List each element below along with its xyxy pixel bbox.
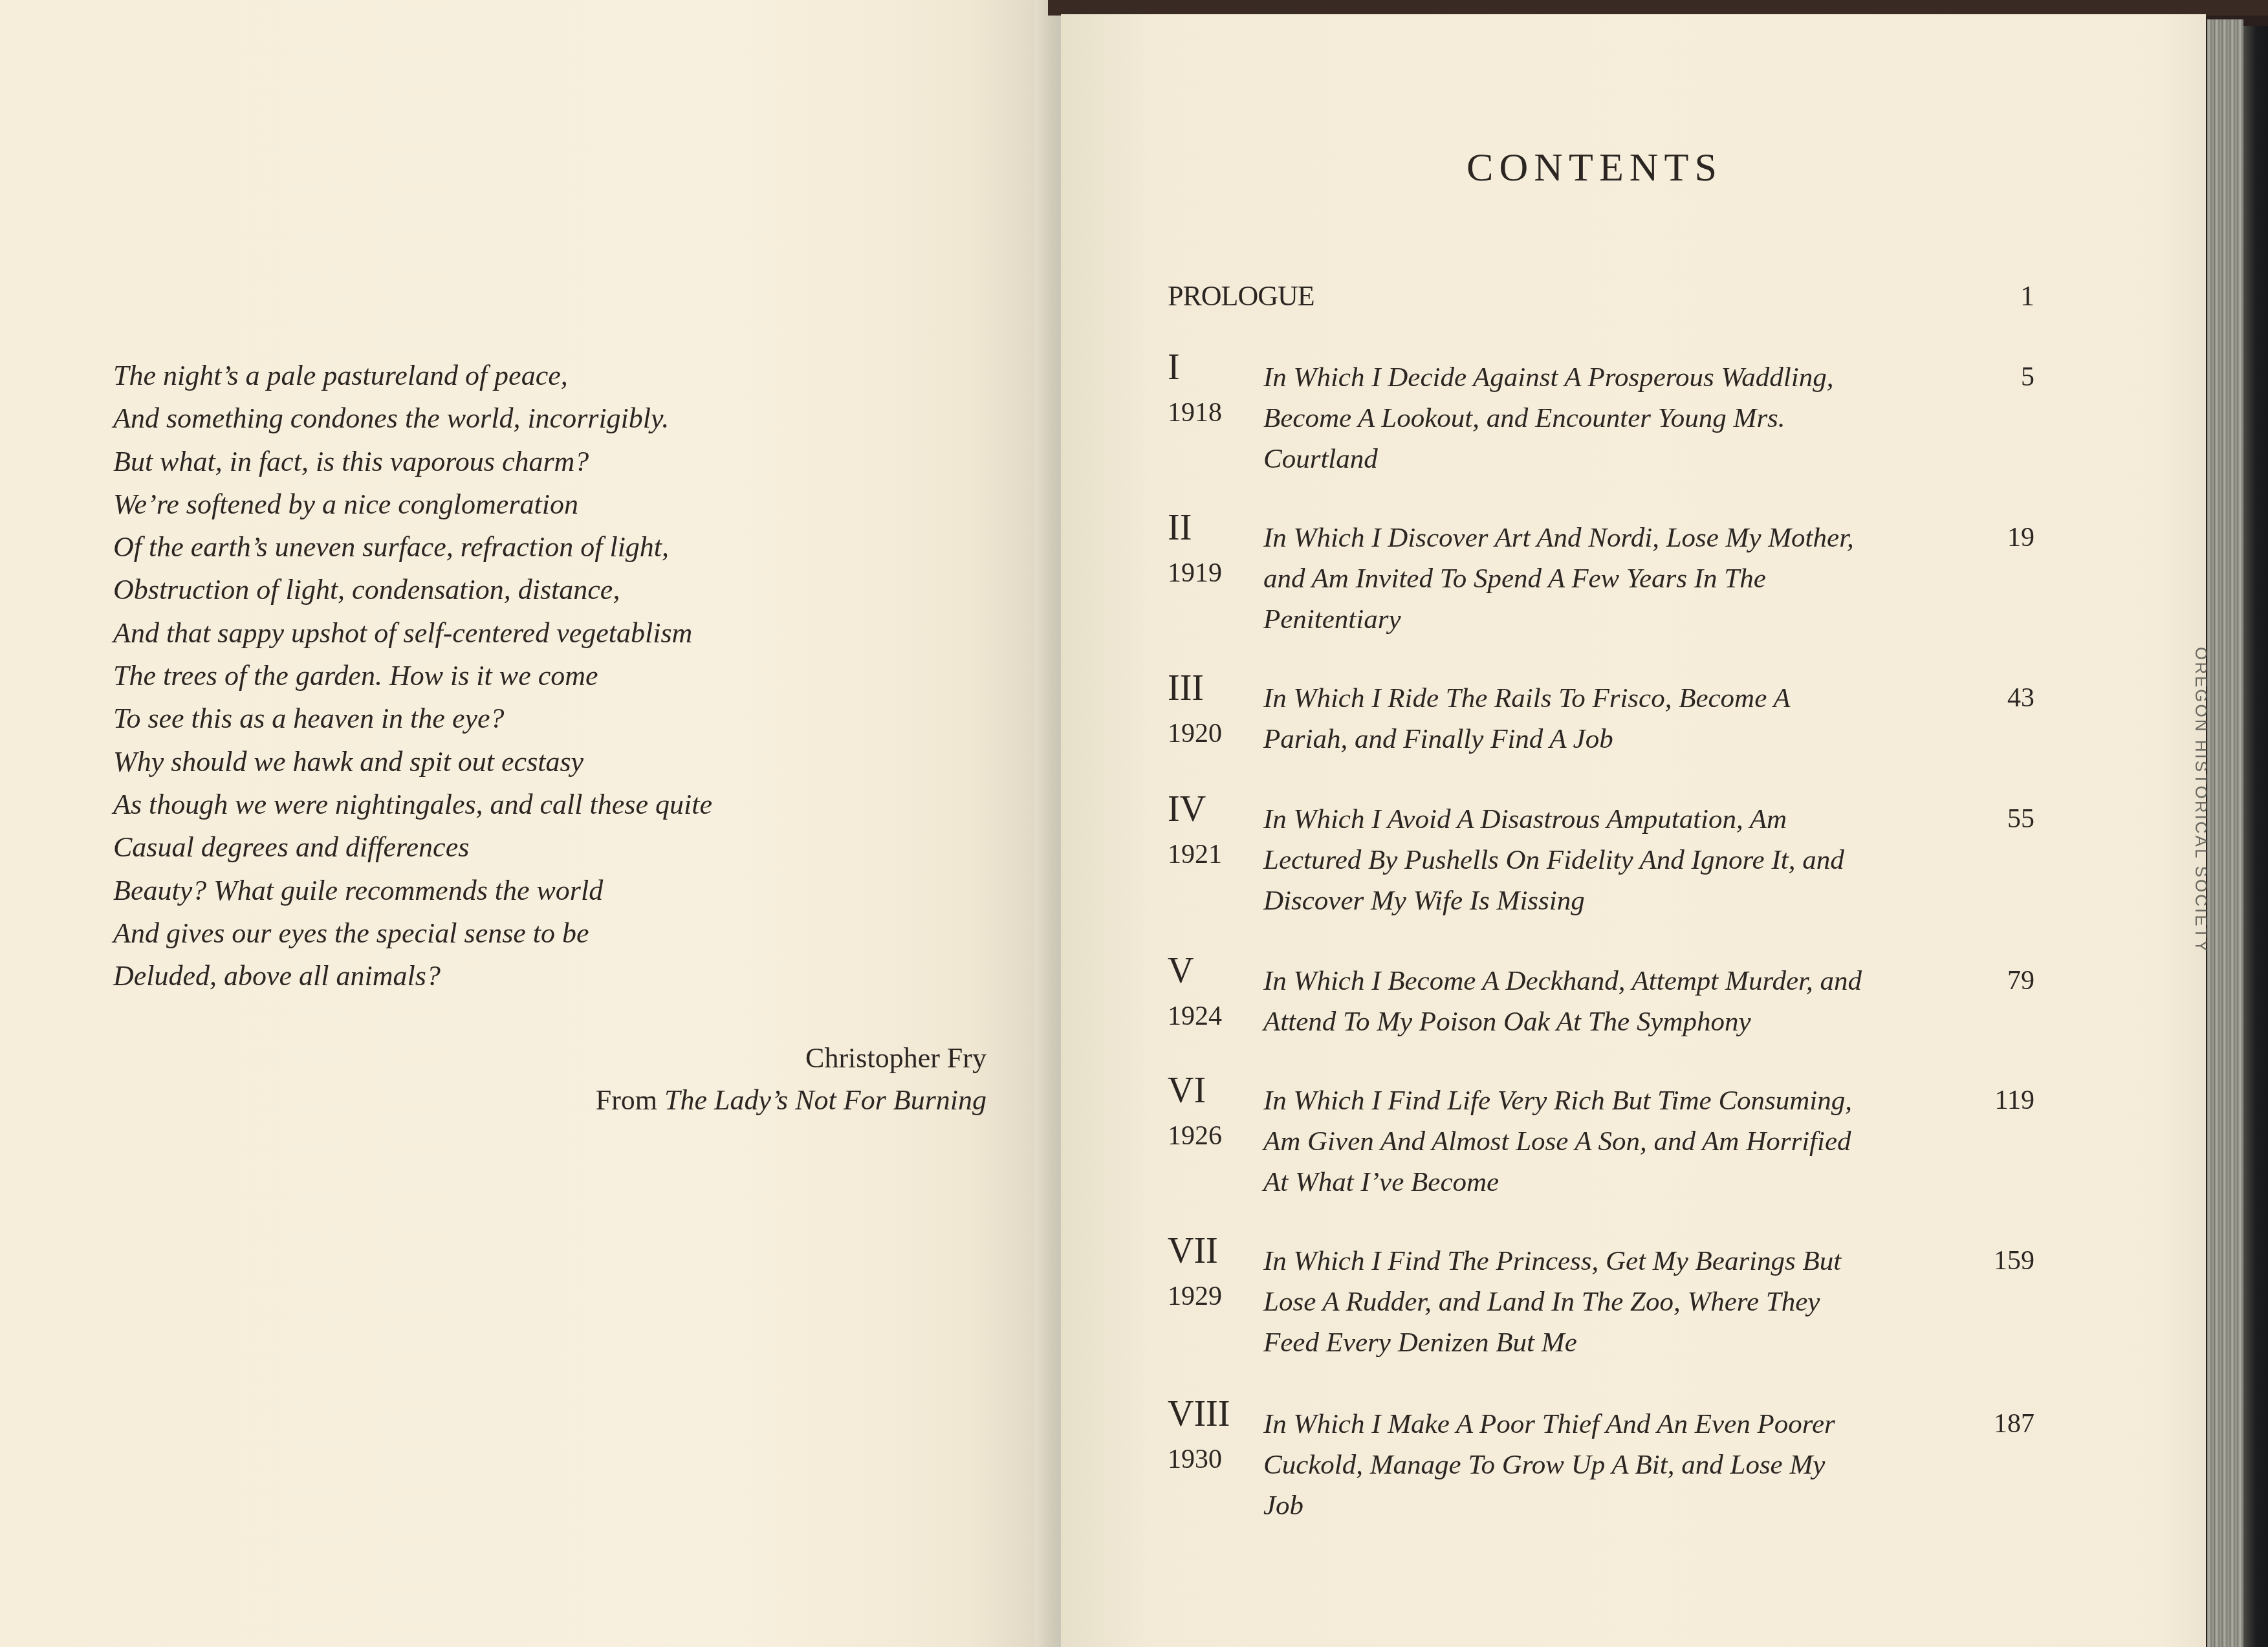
poem-line: To see this as a heaven in the eye? [113,697,922,740]
chapter-year: 1921 [1168,839,1222,870]
chapter-title: In Which I Decide Against A Prosperous W… [1263,357,1962,479]
chapter-year: 1924 [1168,1001,1222,1032]
poem-line: Deluded, above all animals? [113,955,922,998]
chapter-title: In Which I Make A Poor Thief And An Even… [1263,1404,1962,1526]
poem-line: But what, in fact, is this vaporous char… [113,441,922,483]
spine-label: Oregon Historical Society [2185,647,2211,1100]
poem-line: Casual degrees and differences [113,826,922,869]
toc-page-number: 79 [2007,961,2034,1001]
book-spread: Oregon Historical Society The night’s a … [0,0,2268,1647]
epigraph-poem: The night’s a pale pastureland of peace,… [113,354,922,998]
chapter-title: In Which I Discover Art And Nordi, Lose … [1263,518,1962,640]
toc-page-number: 55 [2007,799,2034,840]
poem-line: And that sappy upshot of self-centered v… [113,612,922,655]
chapter-title: In Which I Find The Princess, Get My Bea… [1263,1241,1962,1363]
chapter-numeral: VI [1168,1073,1206,1109]
toc-page-number: 187 [1994,1404,2034,1445]
poem-line: We’re softened by a nice conglomeration [113,483,922,526]
toc-page-number: 1 [2020,279,2034,312]
toc-page-number: 5 [2021,357,2034,398]
toc-page-number: 19 [2007,518,2034,558]
toc-prologue: PROLOGUE 1 [1168,279,2034,312]
book-cover-edge [2243,26,2268,1647]
poem-line: The trees of the garden. How is it we co… [113,655,922,697]
chapter-title: In Which I Ride The Rails To Frisco, Bec… [1263,678,1962,759]
poem-line: Why should we hawk and spit out ecstasy [113,741,922,783]
epigraph-author: Christopher Fry [340,1042,987,1074]
toc-page-number: 43 [2007,678,2034,719]
poem-line: As though we were nightingales, and call… [113,783,922,826]
chapter-year: 1929 [1168,1281,1222,1312]
chapter-numeral: IV [1168,791,1206,827]
chapter-year: 1930 [1168,1444,1222,1475]
poem-line: And gives our eyes the special sense to … [113,912,922,955]
chapter-numeral: III [1168,670,1204,706]
chapter-year: 1926 [1168,1120,1222,1151]
toc-page-number: 119 [1995,1080,2034,1121]
poem-line: Beauty? What guile recommends the world [113,869,922,912]
chapter-numeral: V [1168,953,1194,989]
chapter-year: 1920 [1168,718,1222,749]
poem-line: Obstruction of light, condensation, dist… [113,569,922,611]
epigraph-source-title: The Lady’s Not For Burning [664,1084,987,1116]
poem-line: The night’s a pale pastureland of peace, [113,354,922,397]
poem-line: Of the earth’s uneven surface, refractio… [113,526,922,569]
chapter-title: In Which I Become A Deckhand, Attempt Mu… [1263,961,1962,1042]
chapter-numeral: VIII [1168,1396,1230,1432]
chapter-title: In Which I Avoid A Disastrous Amputation… [1263,799,1962,921]
chapter-numeral: VII [1168,1233,1218,1269]
chapter-year: 1919 [1168,558,1222,589]
page-edges [2207,19,2243,1647]
toc-prologue-label: PROLOGUE [1168,280,1314,312]
toc-page-number: 159 [1994,1241,2034,1282]
chapter-numeral: I [1168,349,1180,386]
chapter-title: In Which I Find Life Very Rich But Time … [1263,1080,1962,1203]
chapter-year: 1918 [1168,397,1222,428]
poem-line: And something condones the world, incorr… [113,397,922,440]
epigraph-source-prefix: From [596,1084,657,1116]
epigraph-source: From The Lady’s Not For Burning [340,1084,987,1117]
contents-heading: CONTENTS [1229,145,1960,191]
chapter-numeral: II [1168,510,1192,546]
book-cover-top [1048,0,2268,16]
